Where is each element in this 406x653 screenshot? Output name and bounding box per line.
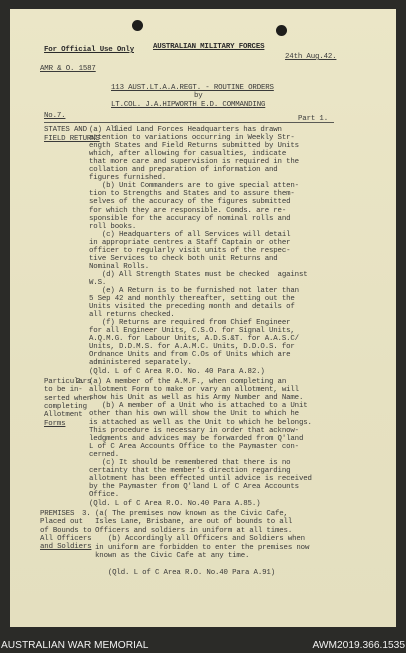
part-label: Part 1. — [298, 115, 328, 125]
margin-heading-line: Forms — [44, 420, 65, 430]
classification-label: For Official Use Only — [44, 46, 134, 56]
order-number: No.7. — [44, 112, 65, 122]
body-line: (d) All Strength States must be checked … — [89, 271, 308, 281]
section-number: 2. — [76, 378, 85, 388]
organisation-heading: AUSTRALIAN MILITARY FORCES — [153, 43, 264, 53]
header-divider — [44, 122, 334, 123]
body-line: by the Paymaster from Q'land L of C Area… — [89, 483, 299, 493]
footer-accession-number: AWM2019.366.1535 — [312, 640, 405, 651]
body-line: (Qld. L of C Area R.O. No. 40 Para A.82.… — [89, 368, 265, 378]
punch-hole-right — [276, 25, 287, 36]
reference-number: AMR & O. 1587 — [40, 65, 96, 75]
unit-orders-title: 113 AUST.LT.A.A.REGT. - ROUTINE ORDERS — [111, 84, 274, 94]
footer-institution: AUSTRALIAN WAR MEMORIAL — [1, 640, 148, 651]
document-date: 24th Aug.42. — [285, 53, 336, 63]
commander-line: LT.COL. J.A.HIPWORTH E.D. COMMANDING — [111, 101, 265, 111]
section-number: 3. — [82, 510, 91, 520]
body-line: (Qld. L of C Area R.O. No.40 Para A.91) — [95, 569, 275, 579]
body-line: (Qld. L of C Area R.O. No.40 Para A.85.) — [89, 500, 260, 510]
body-line: L of C Area Accounts Office to the Payma… — [89, 443, 299, 453]
margin-heading-line: and Soldiers — [40, 543, 91, 553]
document-page: For Official Use Only AUSTRALIAN MILITAR… — [10, 9, 396, 627]
punch-hole-left — [132, 20, 143, 31]
body-line: known as the Civic Cafe at any time. — [95, 552, 249, 562]
